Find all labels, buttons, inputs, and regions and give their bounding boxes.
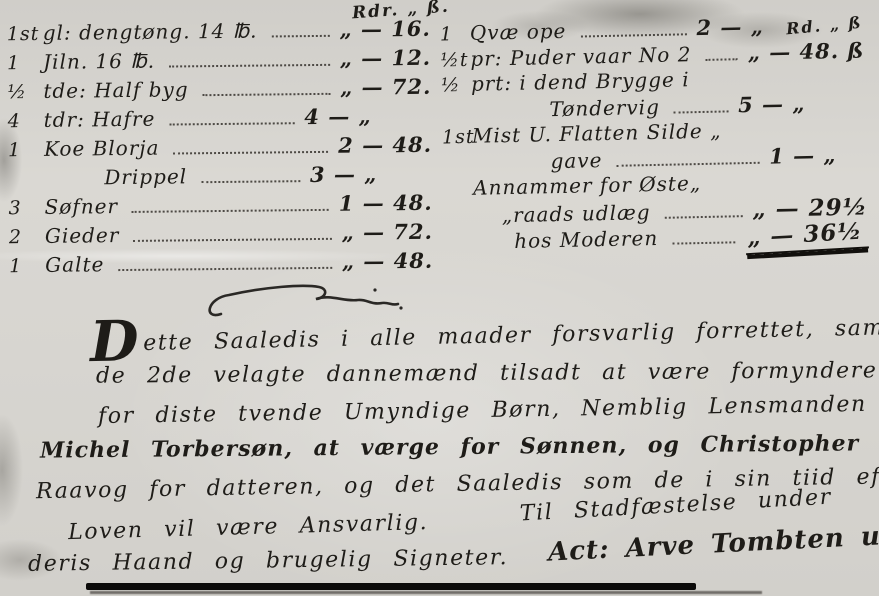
item-label: Mist U. Flatten Silde „	[472, 119, 722, 148]
amount: 5 — „	[738, 91, 806, 117]
item-label: Søfner	[44, 194, 118, 219]
dot-leader	[201, 180, 300, 183]
quantity: 1	[8, 139, 44, 161]
quantity	[472, 222, 502, 223]
dot-leader	[271, 35, 329, 38]
dot-leader	[674, 110, 728, 113]
quantity	[520, 116, 550, 117]
quantity	[443, 195, 473, 196]
ledger-row: 1st gl: dengtøng. 14 ℔. „ — 16.	[7, 16, 431, 49]
ledger-row: ½ tde: Half byg „ — 72.	[7, 74, 431, 107]
item-label: Tøndervig	[549, 95, 660, 121]
item-label: „raads udlæg	[501, 200, 650, 227]
quantity: ½t	[440, 49, 470, 72]
closing-left: Loven vil være Ansvarlig.	[68, 510, 429, 545]
dot-leader	[169, 64, 330, 68]
closing-left: deris Haand og brugelig Signeter.	[28, 545, 508, 577]
amount: „ — 72.	[340, 74, 432, 100]
quantity: 3	[8, 197, 44, 219]
ledger-row: 1 Galte „ — 48.	[9, 248, 433, 281]
quantity: ½	[7, 81, 43, 103]
item-label: Galte	[45, 252, 104, 277]
scan-edge-bar	[86, 583, 696, 590]
quantity: ½	[441, 74, 471, 97]
dot-leader	[118, 267, 332, 271]
dot-leader	[665, 215, 743, 219]
quantity: 1st	[7, 23, 43, 45]
item-label: prt: i dend Brygge i	[471, 67, 690, 96]
item-label: Qvæ ope	[470, 19, 567, 45]
ledger-row: 2 Gieder „ — 72.	[9, 219, 433, 252]
dot-leader	[672, 241, 735, 244]
ledger-row: Drippel 3 — „	[8, 161, 432, 194]
manuscript-page: Rdr. „ ß. Rd. „ ß 1st gl: dengtøng. 14 ℔…	[0, 0, 879, 596]
ledger-row: 1 Koe Blorja 2 — 48.	[8, 132, 432, 165]
ledger-row: 4 tdr: Hafre 4 — „	[8, 103, 432, 136]
ledger-row: 1 Jiln. 16 ℔. „ — 12.	[7, 45, 431, 78]
item-label: pr: Puder vaar No 2	[470, 42, 692, 71]
ledger-row: 3 Søfner 1 — 48.	[8, 190, 432, 223]
item-label: gave	[550, 148, 602, 173]
dot-leader	[133, 238, 331, 242]
dot-leader	[580, 33, 686, 37]
item-label: tde: Half byg	[43, 77, 188, 103]
ledger-column-right: 1 Qvæ ope 2 — „ ½t pr: Puder vaar No 2 „…	[440, 12, 869, 255]
body-line-text: ette Saaledis i alle maader forsvarlig f…	[143, 315, 879, 356]
amount: 1 — 48.	[339, 190, 433, 216]
dot-leader	[169, 122, 294, 125]
flourish-squiggle	[205, 278, 440, 322]
item-label: hos Moderen	[514, 226, 658, 253]
amount: „ — 12.	[340, 45, 432, 71]
ledger-column-left: 1st gl: dengtøng. 14 ℔. „ — 16. 1 Jiln. …	[7, 16, 434, 281]
dot-leader	[617, 162, 760, 167]
dot-leader	[706, 58, 738, 61]
amount: „ — 72.	[342, 219, 434, 245]
amount: „ — 48.	[342, 248, 434, 274]
quantity	[521, 168, 551, 169]
amount: „ — 16.	[339, 16, 431, 42]
scan-edge-bar-shadow	[90, 591, 762, 594]
amount: „ — 48. ß	[748, 38, 865, 65]
item-label: Gieder	[45, 223, 120, 248]
item-label: Annammer for Øste„	[473, 171, 702, 200]
quantity: 1	[9, 255, 45, 277]
item-label: Jiln. 16 ℔.	[43, 49, 155, 74]
item-label: tdr: Hafre	[44, 107, 156, 132]
item-label: gl: dengtøng. 14 ℔.	[43, 19, 258, 45]
amount: 2 — „	[696, 14, 764, 40]
item-label: Drippel	[104, 164, 187, 189]
dot-leader	[132, 209, 329, 213]
item-label: Koe Blorja	[44, 136, 160, 161]
amount-total: „ — 36½	[744, 217, 869, 255]
quantity: 2	[9, 226, 45, 248]
quantity	[484, 248, 514, 249]
amount: 2 — 48.	[338, 132, 432, 158]
amount: 3 — „	[310, 161, 378, 187]
dot-leader	[174, 151, 329, 155]
quantity: 4	[8, 110, 44, 132]
quantity: 1	[7, 52, 43, 74]
quantity: 1	[440, 23, 470, 46]
amount: 4 — „	[304, 103, 372, 129]
quantity: 1st	[442, 126, 472, 149]
amount: 1 — „	[769, 142, 837, 168]
body-paragraph: Dette Saaledis i alle maader forsvarlig …	[28, 318, 862, 577]
dot-leader	[203, 93, 331, 96]
